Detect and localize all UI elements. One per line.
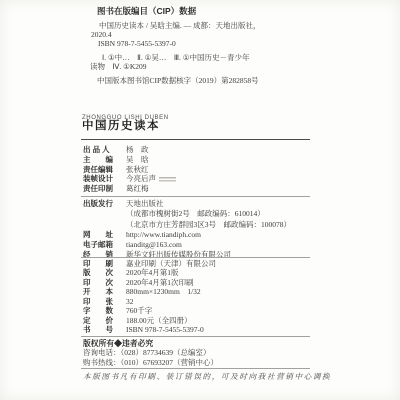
- field-value: 杨 政: [126, 145, 149, 154]
- website-url: http://www.tiandiph.com: [126, 230, 201, 239]
- field-label: 网 址: [83, 230, 126, 239]
- cip-class-line2: 读物 Ⅳ. ①K209: [90, 62, 147, 71]
- field-label: 开 本: [83, 287, 126, 296]
- publishing-row-address-beijing: （北京市方庄芳群园3区3号 邮政编码：100078）: [83, 220, 291, 229]
- field-value: 今亮后声: [126, 174, 156, 183]
- field-label: 装帧设计: [83, 174, 126, 183]
- printing-row-printer: 印 刷嘉业印刷（天津）有限公司: [83, 259, 216, 268]
- field-label: 版 次: [83, 268, 126, 277]
- field-value: 760千字: [126, 306, 152, 315]
- cip-record-line: 中国版本图书馆CIP数据核字（2019）第282858号: [97, 76, 259, 85]
- credit-row-chief-editor: 主 编吴 晗: [83, 155, 149, 164]
- field-value: 2020年4月第1版: [126, 268, 179, 277]
- field-value: 吴 晗: [126, 155, 149, 164]
- field-value: （成都市槐树街2号 邮政编码：610014）: [126, 209, 265, 218]
- separator-line: [81, 196, 310, 197]
- field-value: 188.00元（全四册）: [126, 316, 192, 325]
- field-label: 责任编辑: [83, 165, 126, 174]
- field-label: 出版发行: [83, 199, 126, 208]
- copyright-notice: 版权所有◆违者必究: [83, 339, 153, 348]
- order-hotline: 购书热线：（010）67693207（营销中心）: [83, 358, 218, 367]
- printing-row-edition: 版 次2020年4月第1版: [83, 268, 179, 277]
- book-copyright-page: 图书在版编目（CIP）数据 中国历史读本 / 吴晗主编. — 成都：天地出版社，…: [0, 0, 400, 400]
- cip-entry-line1: 中国历史读本 / 吴晗主编. — 成都：天地出版社，: [99, 21, 260, 30]
- field-value: 嘉业印刷（天津）有限公司: [126, 259, 216, 268]
- field-label: 印 刷: [83, 259, 126, 268]
- cip-isbn-line: ISBN 978-7-5455-5397-0: [98, 39, 176, 48]
- field-value: 张秋红: [126, 165, 149, 174]
- publishing-row-email: 电子邮箱tianditg@163.com: [83, 240, 182, 249]
- field-value: 天地出版社: [126, 199, 164, 208]
- inquiry-phone: 咨询电话：（028）87734639（总编室）: [83, 348, 211, 357]
- cip-entry-line2: 2020.4: [91, 30, 112, 39]
- designer-studio-mark: [159, 177, 176, 182]
- field-label: 主 编: [83, 155, 126, 164]
- field-value: ISBN 978-7-5455-5397-0: [126, 325, 204, 334]
- publishing-row-address-chengdu: （成都市槐树街2号 邮政编码：610014）: [83, 209, 265, 218]
- field-value: 880mm×1230mm 1/32: [126, 287, 201, 296]
- publishing-row-publisher: 出版发行天地出版社: [83, 199, 164, 208]
- field-label: 书 号: [83, 325, 126, 334]
- credit-row-designer: 装帧设计今亮后声: [83, 174, 176, 183]
- printing-row-isbn: 书 号ISBN 978-7-5455-5397-0: [83, 325, 204, 334]
- separator-line: [81, 368, 310, 369]
- credit-row-editor: 责任编辑张秋红: [83, 165, 149, 174]
- field-value: 葛红梅: [126, 184, 149, 193]
- printing-row-sheets: 印 张32: [83, 297, 134, 306]
- field-label: 定 价: [83, 316, 126, 325]
- cip-class-line1: Ⅰ. ①中… Ⅱ. ①吴… Ⅲ. ①中国历史－青少年: [102, 53, 250, 62]
- field-value: 2020年4月第1次印刷: [126, 278, 194, 287]
- exchange-note: 本版图书凡有印刷、装订错误的，可及时向我社营销中心调换: [83, 372, 331, 381]
- field-label: 责任印制: [83, 184, 126, 193]
- printing-row-wordcount: 字 数760千字: [83, 306, 152, 315]
- field-label: 字 数: [83, 306, 126, 315]
- field-label: 印 次: [83, 278, 126, 287]
- title-underline: [81, 139, 310, 140]
- field-label: 印 张: [83, 297, 126, 306]
- publishing-row-website: 网 址http://www.tiandiph.com: [83, 230, 201, 239]
- printing-row-price: 定 价188.00元（全四册）: [83, 316, 192, 325]
- book-title: 中国历史读本: [82, 122, 160, 131]
- printing-row-format: 开 本880mm×1230mm 1/32: [83, 287, 201, 296]
- credit-row-print-supervisor: 责任印制葛红梅: [83, 184, 149, 193]
- cip-heading: 图书在版编目（CIP）数据: [97, 7, 196, 16]
- separator-line: [81, 336, 310, 337]
- field-value: 32: [126, 297, 134, 306]
- separator-line: [81, 257, 310, 258]
- field-value: （北京市方庄芳群园3区3号 邮政编码：100078）: [126, 220, 291, 229]
- credit-row-producer: 出 品 人杨 政: [83, 145, 149, 154]
- email-address: tianditg@163.com: [126, 240, 182, 249]
- printing-row-impression: 印 次2020年4月第1次印刷: [83, 278, 194, 287]
- field-label: 出 品 人: [83, 145, 126, 154]
- field-label: 电子邮箱: [83, 240, 126, 249]
